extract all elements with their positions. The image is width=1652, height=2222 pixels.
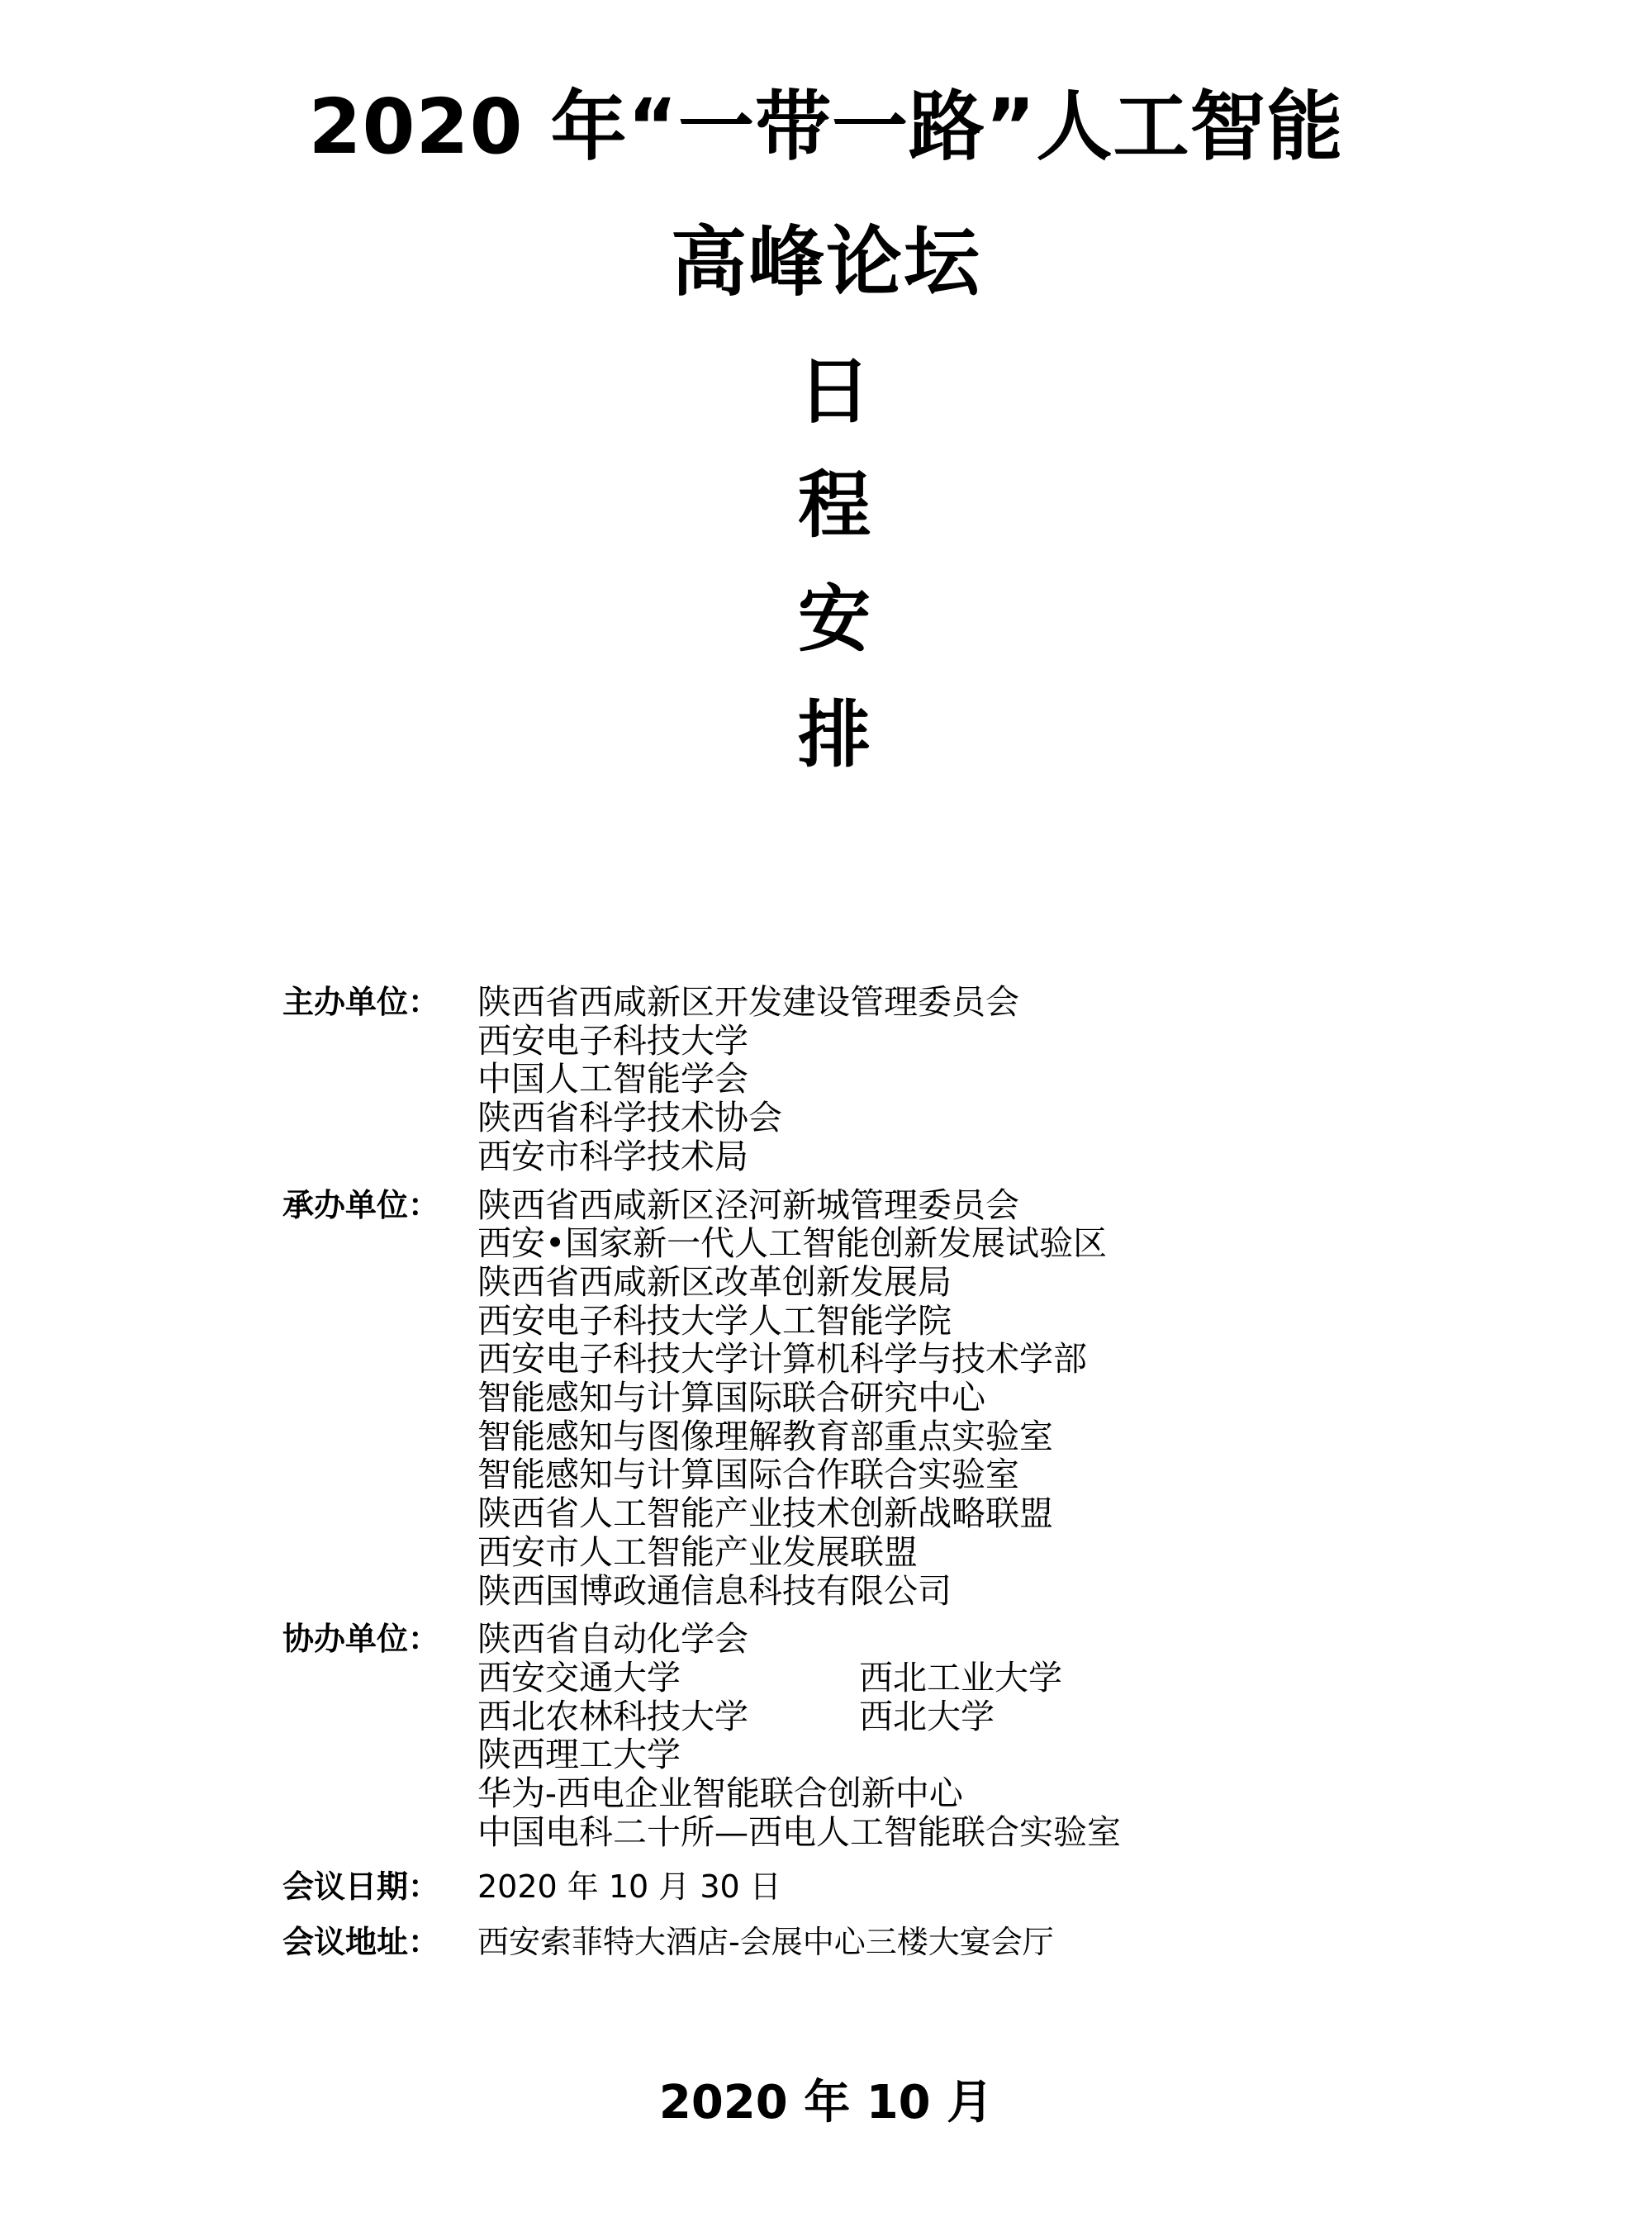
hosts-label: 主办单位： [282,983,477,1022]
document-page: 2020 年“一带一路”人工智能 高峰论坛 日 程 安 排 主办单位： 陕西省西… [0,0,1652,2222]
co-organizers-group: 协办单位： 陕西省自动化学会 西安交通大学 西北工业大学 西北农林科技大学 西北… [282,1620,1521,1851]
organizers-label: 承办单位： [282,1186,477,1225]
list-item: 华为-西电企业智能联合创新中心 [477,1774,1121,1813]
list-item: 西安市人工智能产业发展联盟 [477,1533,1107,1572]
list-item: 西北大学 [859,1697,995,1736]
meeting-date-value: 2020 年 10 月 30 日 [477,1868,781,1906]
list-item: 智能感知与计算国际合作联合实验室 [477,1455,1107,1494]
title-char-ri: 日 [8,355,1652,428]
list-item: 陕西省西咸新区开发建设管理委员会 [477,983,1019,1022]
meeting-address-label: 会议地址： [282,1923,477,1962]
title-line-1: 2020 年“一带一路”人工智能 [0,89,1652,165]
list-item: 智能感知与计算国际联合研究中心 [477,1379,1107,1417]
organizers-list: 陕西省西咸新区泾河新城管理委员会 西安•国家新一代人工智能创新发展试验区 陕西省… [477,1186,1107,1611]
title-line-2: 高峰论坛 [0,225,1652,301]
co-organizers-list: 陕西省自动化学会 西安交通大学 西北工业大学 西北农林科技大学 西北大学 陕西理… [477,1620,1121,1851]
meeting-date-label: 会议日期： [282,1868,477,1906]
list-item: 西安电子科技大学计算机科学与技术学部 [477,1340,1107,1379]
list-item-two-column: 西北农林科技大学 西北大学 [477,1697,1121,1736]
hosts-group: 主办单位： 陕西省西咸新区开发建设管理委员会 西安电子科技大学 中国人工智能学会… [282,983,1521,1176]
list-item: 西安电子科技大学 [477,1022,1019,1061]
hosts-list: 陕西省西咸新区开发建设管理委员会 西安电子科技大学 中国人工智能学会 陕西省科学… [477,983,1019,1176]
title-char-cheng: 程 [8,469,1652,542]
list-item: 西安电子科技大学人工智能学院 [477,1302,1107,1341]
meeting-address-row: 会议地址： 西安索菲特大酒店-会展中心三楼大宴会厅 [282,1923,1521,1962]
list-item: 西北工业大学 [859,1659,1062,1697]
list-item: 中国人工智能学会 [477,1060,1019,1099]
footer-date: 2020 年 10 月 [0,2080,1652,2126]
list-item: 中国电科二十所—西电人工智能联合实验室 [477,1813,1121,1852]
organizers-group: 承办单位： 陕西省西咸新区泾河新城管理委员会 西安•国家新一代人工智能创新发展试… [282,1186,1521,1611]
meeting-date-values: 2020 年 10 月 30 日 [477,1868,781,1906]
meeting-address-value: 西安索菲特大酒店-会展中心三楼大宴会厅 [477,1923,1054,1962]
meeting-date-row: 会议日期： 2020 年 10 月 30 日 [282,1868,1521,1906]
list-item: 智能感知与图像理解教育部重点实验室 [477,1417,1107,1456]
co-organizers-label: 协办单位： [282,1620,477,1659]
title-char-pai: 排 [8,699,1652,772]
list-item-two-column: 西安交通大学 西北工业大学 [477,1659,1121,1697]
list-item: 西安交通大学 [477,1659,859,1697]
list-item: 陕西省自动化学会 [477,1620,1121,1659]
organizer-info: 主办单位： 陕西省西咸新区开发建设管理委员会 西安电子科技大学 中国人工智能学会… [282,983,1521,1962]
list-item: 陕西省西咸新区改革创新发展局 [477,1263,1107,1302]
list-item: 陕西省科学技术协会 [477,1099,1019,1137]
list-item: 陕西国博政通信息科技有限公司 [477,1572,1107,1611]
list-item: 陕西理工大学 [477,1735,1121,1774]
list-item: 西安市科学技术局 [477,1137,1019,1176]
list-item: 陕西省人工智能产业技术创新战略联盟 [477,1494,1107,1533]
title-char-an: 安 [8,583,1652,656]
list-item: 西安•国家新一代人工智能创新发展试验区 [477,1224,1107,1263]
meeting-address-values: 西安索菲特大酒店-会展中心三楼大宴会厅 [477,1923,1054,1962]
list-item: 西北农林科技大学 [477,1697,859,1736]
list-item: 陕西省西咸新区泾河新城管理委员会 [477,1186,1107,1225]
